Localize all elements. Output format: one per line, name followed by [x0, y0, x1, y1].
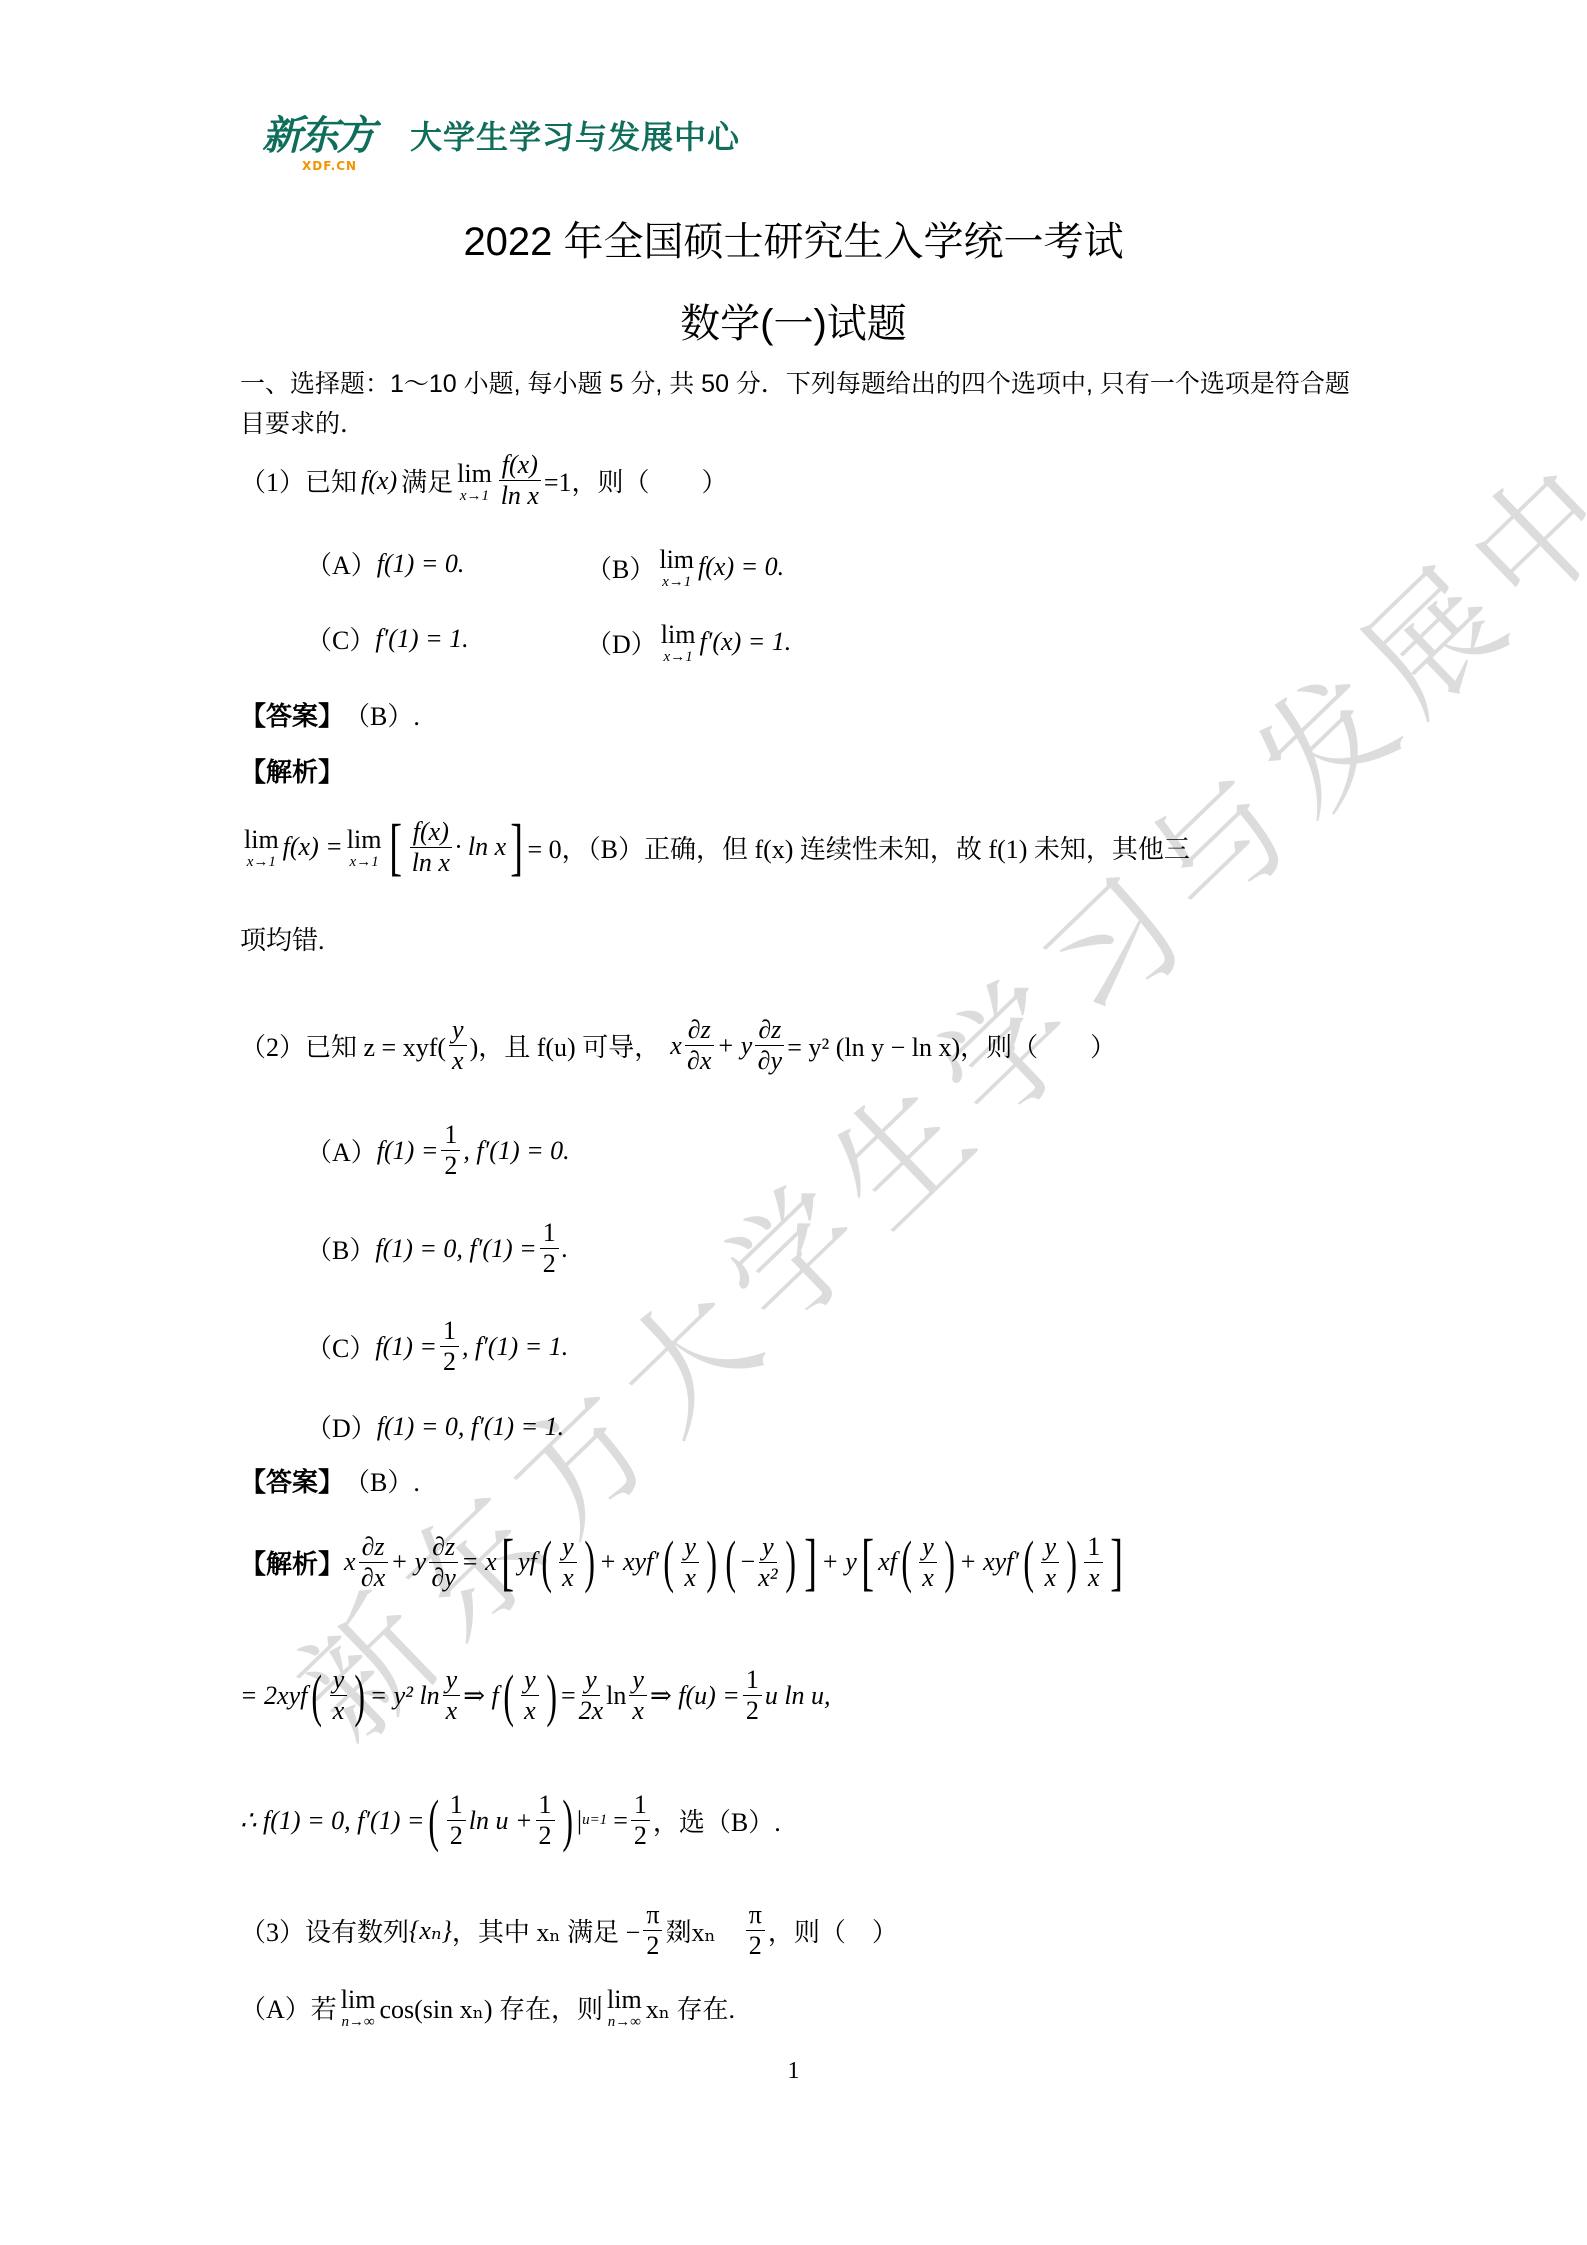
q1-answer: 【答案】（B）. — [240, 696, 420, 733]
logo-cn-text: 新东方 — [262, 116, 373, 156]
exam-title: 2022 年全国硕士研究生入学统一考试 — [0, 210, 1587, 267]
q1-analysis-cont: 项均错. — [240, 920, 325, 957]
q2-option-d: （D）f(1) = 0, f′(1) = 1. — [306, 1408, 564, 1445]
q1-fx: f(x) — [361, 466, 397, 496]
q2-option-c: （C）f(1) = 12 , f′(1) = 1. — [306, 1316, 568, 1377]
exam-subtitle: 数学(一)试题 — [0, 292, 1587, 349]
q1-option-a: （A）f(1) = 0. — [306, 545, 464, 582]
q1-label: （1）已知 — [240, 462, 357, 499]
q1-analysis: limx→1 f(x) = limx→1 [ f(x)ln x · ln x ]… — [240, 815, 1190, 879]
q2-analysis-line2: = 2xyf(yx) = y² lnyx ⇒ f(yx) =y2x lnyx ⇒… — [240, 1665, 831, 1726]
q1-option-b: （B） limx→1 f(x) = 0. — [586, 545, 784, 589]
section-heading: 一、选择题：1～10 小题, 每小题 5 分, 共 50 分．下列每题给出的四个… — [240, 364, 1360, 444]
q1-fraction: f(x)ln x — [499, 450, 541, 511]
header-logo: 新东方 XDF.CN 大学生学习与发展中心 — [262, 112, 740, 174]
q1-limit: limx→1 — [457, 459, 492, 503]
q2-analysis-line3: ∴ f(1) = 0, f′(1) = (12 ln u + 12) |u=1 … — [240, 1790, 781, 1851]
q1-option-d: （D） limx→1 f′(x) = 1. — [586, 620, 791, 664]
xdf-logo: 新东方 XDF.CN — [262, 116, 402, 174]
q2-option-b: （B）f(1) = 0, f′(1) = 12 . — [306, 1218, 568, 1279]
q3-option-a: （A）若 limn→∞ cos(sin xₙ) 存在，则 limn→∞ xₙ 存… — [240, 1985, 735, 2029]
logo-slogan: 大学生学习与发展中心 — [410, 112, 740, 158]
q2-analysis-line1: 【解析】 x ∂z∂x + y ∂z∂y = x [ yf(yx) + xyf′… — [240, 1530, 1128, 1594]
q1-eq: =1，则（ ） — [544, 462, 728, 499]
q2-option-a: （A）f(1) = 12 , f′(1) = 0. — [306, 1120, 570, 1181]
q1-analysis-tag: 【解析】 — [240, 752, 344, 789]
question-1-stem: （1）已知 f(x) 满足 limx→1 f(x)ln x =1，则（ ） — [240, 450, 728, 511]
question-3-stem: （3）设有数列 {xₙ} ，其中 xₙ 满足 − π2 剟xₙ π2 ，则（ ） — [240, 1900, 898, 1961]
page-number: 1 — [0, 2058, 1587, 2085]
q1-option-c: （C）f′(1) = 1. — [306, 620, 469, 657]
q2-answer: 【答案】（B）. — [240, 1462, 420, 1499]
q1-mid: 满足 — [401, 462, 453, 499]
question-2-stem: （2）已知 z = xyf( yx )，且 f(u) 可导， x ∂z∂x + … — [240, 1015, 1116, 1076]
logo-en-text: XDF.CN — [302, 159, 357, 173]
